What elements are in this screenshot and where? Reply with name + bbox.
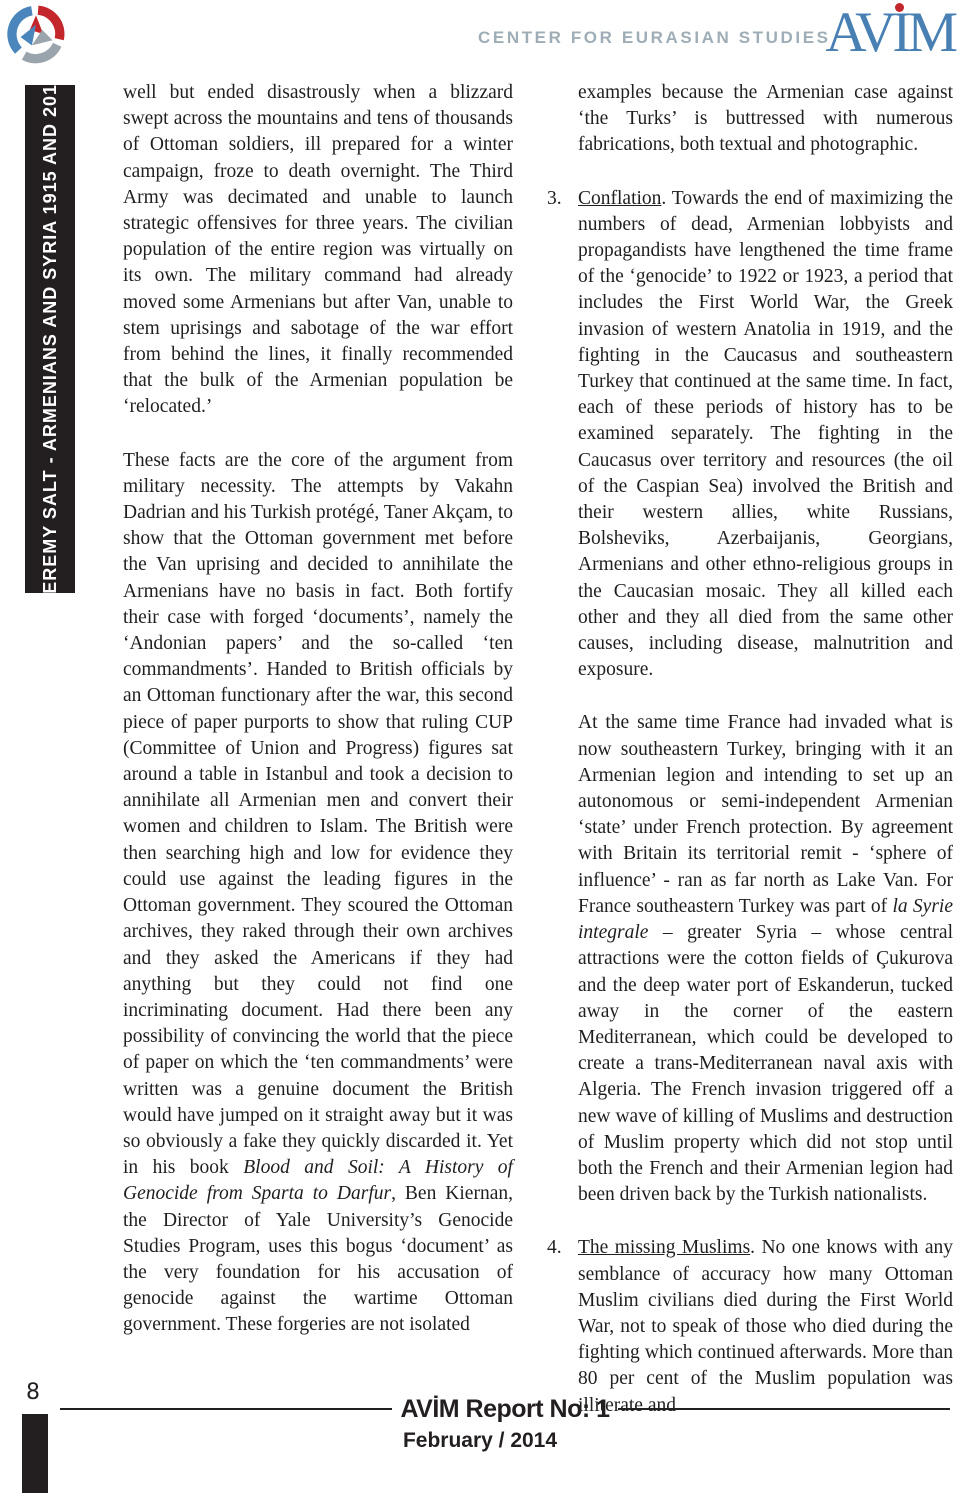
footer-rule-right bbox=[618, 1408, 950, 1410]
underlined-term: Conflation bbox=[578, 188, 661, 209]
report-page: CENTER FOR EURASIAN STUDIES AVIM JEREMY … bbox=[0, 0, 960, 1493]
text-run: . Towards the end of maximizing the numb… bbox=[578, 188, 953, 681]
text-run: , Ben Kiernan, the Director of Yale Univ… bbox=[123, 1183, 513, 1335]
header-institution-title: CENTER FOR EURASIAN STUDIES bbox=[478, 25, 831, 51]
footer-rule-row: AVİM Report No: 1 bbox=[60, 1396, 950, 1422]
vertical-author-text: JEREMY SALT - ARMENIANS AND SYRIA 1915 A… bbox=[37, 73, 63, 605]
text-run: These facts are the core of the argument… bbox=[123, 450, 513, 1178]
avim-circle-emblem-icon bbox=[5, 3, 67, 65]
paragraph: These facts are the core of the argument… bbox=[123, 448, 513, 1339]
text-run: . No one knows with any semblance of acc… bbox=[578, 1237, 953, 1415]
avim-wordmark-logo: AVIM bbox=[825, 0, 954, 66]
item-number: 3. bbox=[547, 186, 562, 212]
paragraph: The missing Muslims. No one knows with a… bbox=[578, 1235, 953, 1418]
numbered-item: 4.The missing Muslims. No one knows with… bbox=[547, 1235, 953, 1418]
text-run: examples because the Armenian case again… bbox=[578, 82, 953, 155]
logo-letter-m: M bbox=[907, 1, 954, 64]
text-run: well but ended disastrously when a blizz… bbox=[123, 82, 513, 417]
footer-rule-left bbox=[60, 1408, 392, 1410]
numbered-item: 3.Conflation. Towards the end of maximiz… bbox=[547, 186, 953, 1209]
paragraph: examples because the Armenian case again… bbox=[547, 80, 953, 159]
paragraph: At the same time France had invaded what… bbox=[578, 710, 953, 1208]
right-column: examples because the Armenian case again… bbox=[547, 80, 953, 1419]
text-run: – greater Syria – whose central attracti… bbox=[578, 922, 953, 1205]
item-number: 4. bbox=[547, 1235, 562, 1261]
text-run: At the same time France had invaded what… bbox=[578, 712, 953, 916]
logo-letters-av: AV bbox=[825, 1, 892, 64]
left-column: well but ended disastrously when a blizz… bbox=[123, 80, 513, 1339]
paragraph: Conflation. Towards the end of maximizin… bbox=[578, 186, 953, 684]
footer-report-title: AVİM Report No: 1 bbox=[392, 1396, 617, 1422]
underlined-term: The missing Muslims bbox=[578, 1237, 750, 1258]
paragraph: well but ended disastrously when a blizz… bbox=[123, 80, 513, 421]
footer-date: February / 2014 bbox=[0, 1428, 960, 1454]
logo-letter-i-with-red-dot: I bbox=[892, 0, 907, 66]
vertical-author-banner: JEREMY SALT - ARMENIANS AND SYRIA 1915 A… bbox=[25, 85, 75, 593]
page-number: 8 bbox=[26, 1380, 40, 1406]
